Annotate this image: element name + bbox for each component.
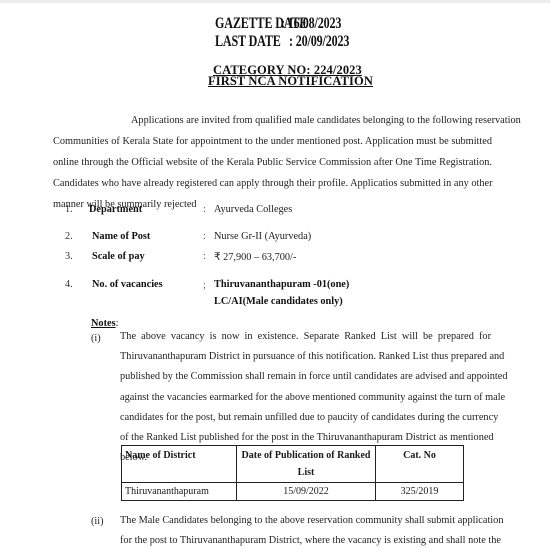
note-line: published by the Commission shall remain… bbox=[120, 367, 491, 387]
post-name-label: Name of Post bbox=[92, 231, 150, 242]
notes-heading-colon: : bbox=[116, 318, 119, 329]
item-colon: : bbox=[203, 231, 206, 242]
vacancies-category: LC/AI(Male candidates only) bbox=[214, 296, 343, 307]
note-line: against the vacancies earmarked for the … bbox=[120, 388, 491, 408]
note-line: for the post to Thiruvananthapuram Distr… bbox=[120, 531, 491, 548]
last-date-value: : 20/09/2023 bbox=[289, 33, 349, 51]
note-line: candidates for the post, but remain unfi… bbox=[120, 408, 491, 428]
item-colon: : bbox=[203, 251, 206, 262]
department-value: Ayurveda Colleges bbox=[214, 204, 292, 215]
ranked-list-table: Name of District Date of Publication of … bbox=[121, 445, 464, 501]
viewer-top-edge bbox=[0, 0, 550, 3]
intro-line: Applications are invited from qualified … bbox=[53, 110, 492, 131]
vacancies-label: No. of vacancies bbox=[92, 279, 163, 290]
cell-publication-date: 15/09/2022 bbox=[237, 483, 376, 501]
pay-scale-value: ₹ 27,900 – 63,700/- bbox=[214, 251, 296, 263]
item-colon: : bbox=[203, 204, 206, 215]
note-2-text: The Male Candidates belonging to the abo… bbox=[120, 511, 491, 548]
column-header-publication-date: Date of Publication of Ranked List bbox=[237, 446, 376, 483]
note-line: Thiruvananthapuram District in pursuance… bbox=[120, 347, 491, 367]
item-number: 4. bbox=[65, 279, 73, 290]
last-date-label: LAST DATE bbox=[215, 33, 281, 51]
notes-heading: Notes bbox=[91, 318, 116, 329]
gazette-date-value: : 16/08/2023 bbox=[281, 15, 341, 33]
column-header-cat-no: Cat. No bbox=[376, 446, 464, 483]
post-name-value: Nurse Gr-II (Ayurveda) bbox=[214, 231, 311, 242]
pay-scale-label: Scale of pay bbox=[92, 251, 145, 262]
table-row: Thiruvananthapuram 15/09/2022 325/2019 bbox=[122, 483, 464, 501]
intro-line: Communities of Kerala State for appointm… bbox=[53, 131, 492, 152]
intro-paragraph: Applications are invited from qualified … bbox=[53, 110, 492, 215]
note-line: The above vacancy is now in existence. S… bbox=[120, 327, 491, 347]
cell-cat-no: 325/2019 bbox=[376, 483, 464, 501]
item-number: 2. bbox=[65, 231, 73, 242]
note-number: (ii) bbox=[91, 516, 104, 527]
vacancies-value: Thiruvananthapuram -01(one) bbox=[214, 279, 349, 290]
notification-title: FIRST NCA NOTIFICATION bbox=[208, 74, 373, 89]
table-header-row: Name of District Date of Publication of … bbox=[122, 446, 464, 483]
item-number: 1. bbox=[65, 204, 73, 215]
intro-line: Candidates who have already registered c… bbox=[53, 173, 492, 194]
column-header-district: Name of District bbox=[122, 446, 237, 483]
notes-heading-wrap: Notes: bbox=[91, 313, 118, 331]
cell-district: Thiruvananthapuram bbox=[122, 483, 237, 501]
item-colon: ; bbox=[203, 280, 206, 291]
intro-line: online through the Official website of t… bbox=[53, 152, 492, 173]
note-line: The Male Candidates belonging to the abo… bbox=[120, 511, 491, 531]
note-number: (i) bbox=[91, 333, 101, 344]
item-number: 3. bbox=[65, 251, 73, 262]
department-label: Department bbox=[89, 204, 142, 215]
